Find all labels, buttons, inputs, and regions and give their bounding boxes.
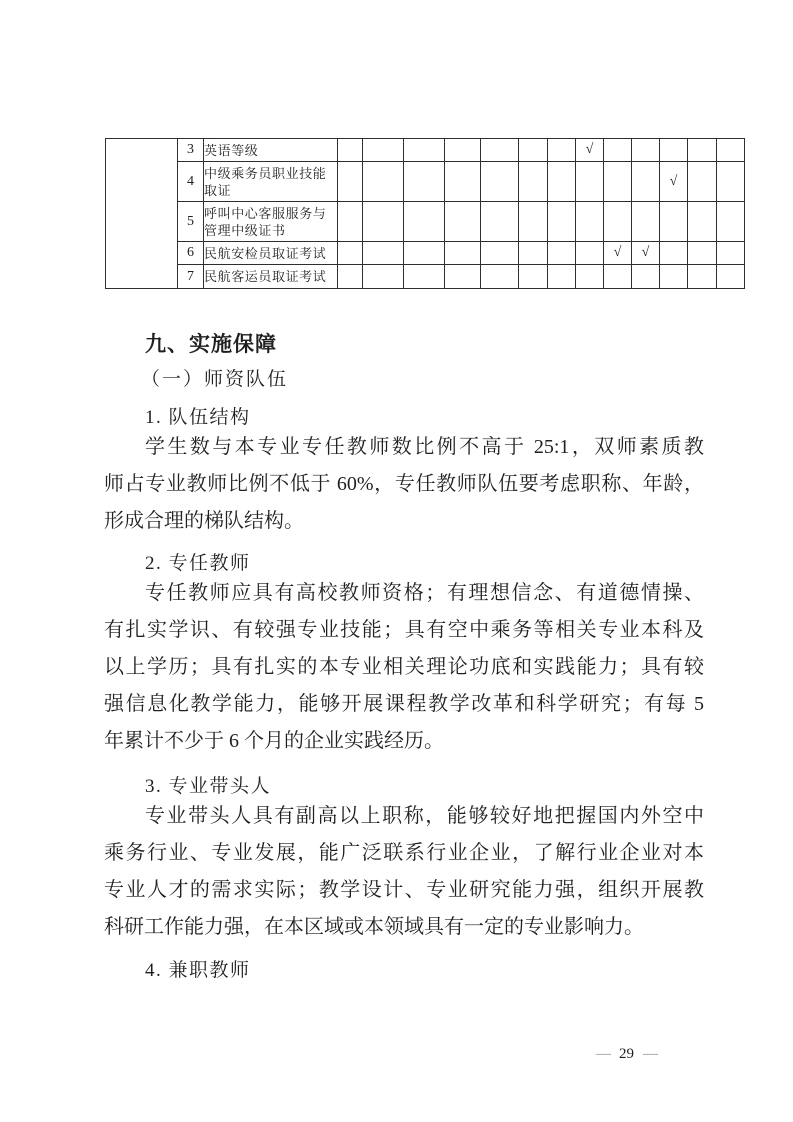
table-cell [548, 202, 576, 242]
row-number: 3 [178, 139, 204, 162]
cert-name: 中级乘务员职业技能取证 [204, 162, 338, 202]
cert-name: 英语等级 [204, 139, 338, 162]
table-cell [404, 202, 445, 242]
table-cell [445, 162, 481, 202]
table-cell [604, 265, 632, 289]
table-cell [519, 202, 548, 242]
text-line: 专任教师应具有高校教师资格；有理想信念、有道德情操、 [104, 575, 704, 612]
row-number: 6 [178, 242, 204, 265]
table-cell [576, 265, 604, 289]
table-row: 4 中级乘务员职业技能取证 √ [106, 162, 745, 202]
table-row: 3 英语等级 √ [106, 139, 745, 162]
table-cell [632, 265, 660, 289]
table-cell [688, 139, 717, 162]
table-cell [481, 202, 519, 242]
table-cell [604, 202, 632, 242]
item-title-4: 4. 兼职教师 [145, 955, 251, 982]
document-page: 3 英语等级 √ 4 中级乘务员职业技能取证 [0, 0, 793, 1122]
table-cell [404, 162, 445, 202]
table-cell [481, 242, 519, 265]
cert-name: 民航安检员取证考试 [204, 242, 338, 265]
table-cell [576, 242, 604, 265]
paragraph-2: 专任教师应具有高校教师资格；有理想信念、有道德情操、 有扎实学识、有较强专业技能… [104, 575, 704, 760]
table-cell [445, 139, 481, 162]
table-cell [688, 202, 717, 242]
checkmark-cell: √ [660, 162, 688, 202]
section-heading: 九、实施保障 [145, 328, 277, 358]
table-cell [481, 139, 519, 162]
text-line: 年累计不少于 6 个月的企业实践经历。 [104, 723, 704, 760]
page-footer: — 29 — [596, 1046, 657, 1063]
text-line: 科研工作能力强，在本区域或本领域具有一定的专业影响力。 [104, 909, 704, 946]
certificate-table: 3 英语等级 √ 4 中级乘务员职业技能取证 [105, 138, 745, 289]
table-cell [632, 162, 660, 202]
cert-name: 呼叫中心客服服务与管理中级证书 [204, 202, 338, 242]
table-cell [660, 242, 688, 265]
footer-dash-right: — [643, 1046, 657, 1063]
table-row: 5 呼叫中心客服服务与管理中级证书 [106, 202, 745, 242]
text-line: 学生数与本专业专任教师数比例不高于 25:1，双师素质教 [104, 429, 704, 466]
row-number: 7 [178, 265, 204, 289]
table-cell [688, 242, 717, 265]
table-row: 6 民航安检员取证考试 √ √ [106, 242, 745, 265]
checkmark-cell: √ [604, 242, 632, 265]
table-cell [338, 242, 363, 265]
table-cell [548, 139, 576, 162]
row-number: 5 [178, 202, 204, 242]
page-number: 29 [619, 1046, 634, 1063]
table-cell [363, 162, 404, 202]
item-title-3: 3. 专业带头人 [145, 771, 271, 798]
table-cell [519, 162, 548, 202]
table-cell [604, 139, 632, 162]
table-cell [445, 242, 481, 265]
text-line: 有扎实学识、有较强专业技能；具有空中乘务等相关专业本科及 [104, 612, 704, 649]
table-cell [717, 242, 745, 265]
table-cell [660, 202, 688, 242]
checkmark-cell: √ [576, 139, 604, 162]
text-line: 强信息化教学能力，能够开展课程教学改革和科学研究；有每 5 [104, 686, 704, 723]
text-line: 形成合理的梯队结构。 [104, 503, 704, 540]
table-cell [576, 162, 604, 202]
table-cell [632, 139, 660, 162]
table-cell [338, 202, 363, 242]
cert-name: 民航客运员取证考试 [204, 265, 338, 289]
table-cell [404, 139, 445, 162]
paragraph-3: 专业带头人具有副高以上职称，能够较好地把握国内外空中 乘务行业、专业发展，能广泛… [104, 798, 704, 946]
table-cell [338, 265, 363, 289]
text-line: 师占专业教师比例不低于 60%，专任教师队伍要考虑职称、年龄， [104, 466, 704, 503]
table-cell [519, 139, 548, 162]
footer-dash-left: — [596, 1046, 610, 1063]
paragraph-1: 学生数与本专业专任教师数比例不高于 25:1，双师素质教 师占专业教师比例不低于… [104, 429, 704, 540]
row-number: 4 [178, 162, 204, 202]
table-cell [548, 162, 576, 202]
table-merged-cell [106, 139, 178, 289]
table-cell [688, 162, 717, 202]
table-cell [660, 139, 688, 162]
table-cell [481, 265, 519, 289]
table-row: 7 民航客运员取证考试 [106, 265, 745, 289]
table-cell [363, 139, 404, 162]
item-title-2: 2. 专任教师 [145, 548, 251, 575]
table-cell [717, 265, 745, 289]
table-cell [548, 242, 576, 265]
table-cell [445, 265, 481, 289]
table-cell [445, 202, 481, 242]
item-title-1: 1. 队伍结构 [145, 402, 251, 429]
table-cell [604, 162, 632, 202]
table-cell [548, 265, 576, 289]
table-cell [404, 265, 445, 289]
table-cell [519, 265, 548, 289]
table-cell [717, 202, 745, 242]
table-cell [660, 265, 688, 289]
text-line: 专业人才的需求实际；教学设计、专业研究能力强，组织开展教 [104, 872, 704, 909]
table-cell [481, 162, 519, 202]
table-cell [338, 162, 363, 202]
text-line: 乘务行业、专业发展，能广泛联系行业企业，了解行业企业对本 [104, 835, 704, 872]
table-cell [688, 265, 717, 289]
table-cell [717, 162, 745, 202]
table-cell [338, 139, 363, 162]
table-cell [519, 242, 548, 265]
subsection-heading: （一）师资队伍 [141, 364, 288, 391]
table-cell [363, 265, 404, 289]
table-cell [576, 202, 604, 242]
table-cell [632, 202, 660, 242]
table-cell [404, 242, 445, 265]
checkmark-cell: √ [632, 242, 660, 265]
text-line: 专业带头人具有副高以上职称，能够较好地把握国内外空中 [104, 798, 704, 835]
table-cell [363, 202, 404, 242]
text-line: 以上学历；具有扎实的本专业相关理论功底和实践能力；具有较 [104, 649, 704, 686]
table-cell [363, 242, 404, 265]
table-cell [717, 139, 745, 162]
